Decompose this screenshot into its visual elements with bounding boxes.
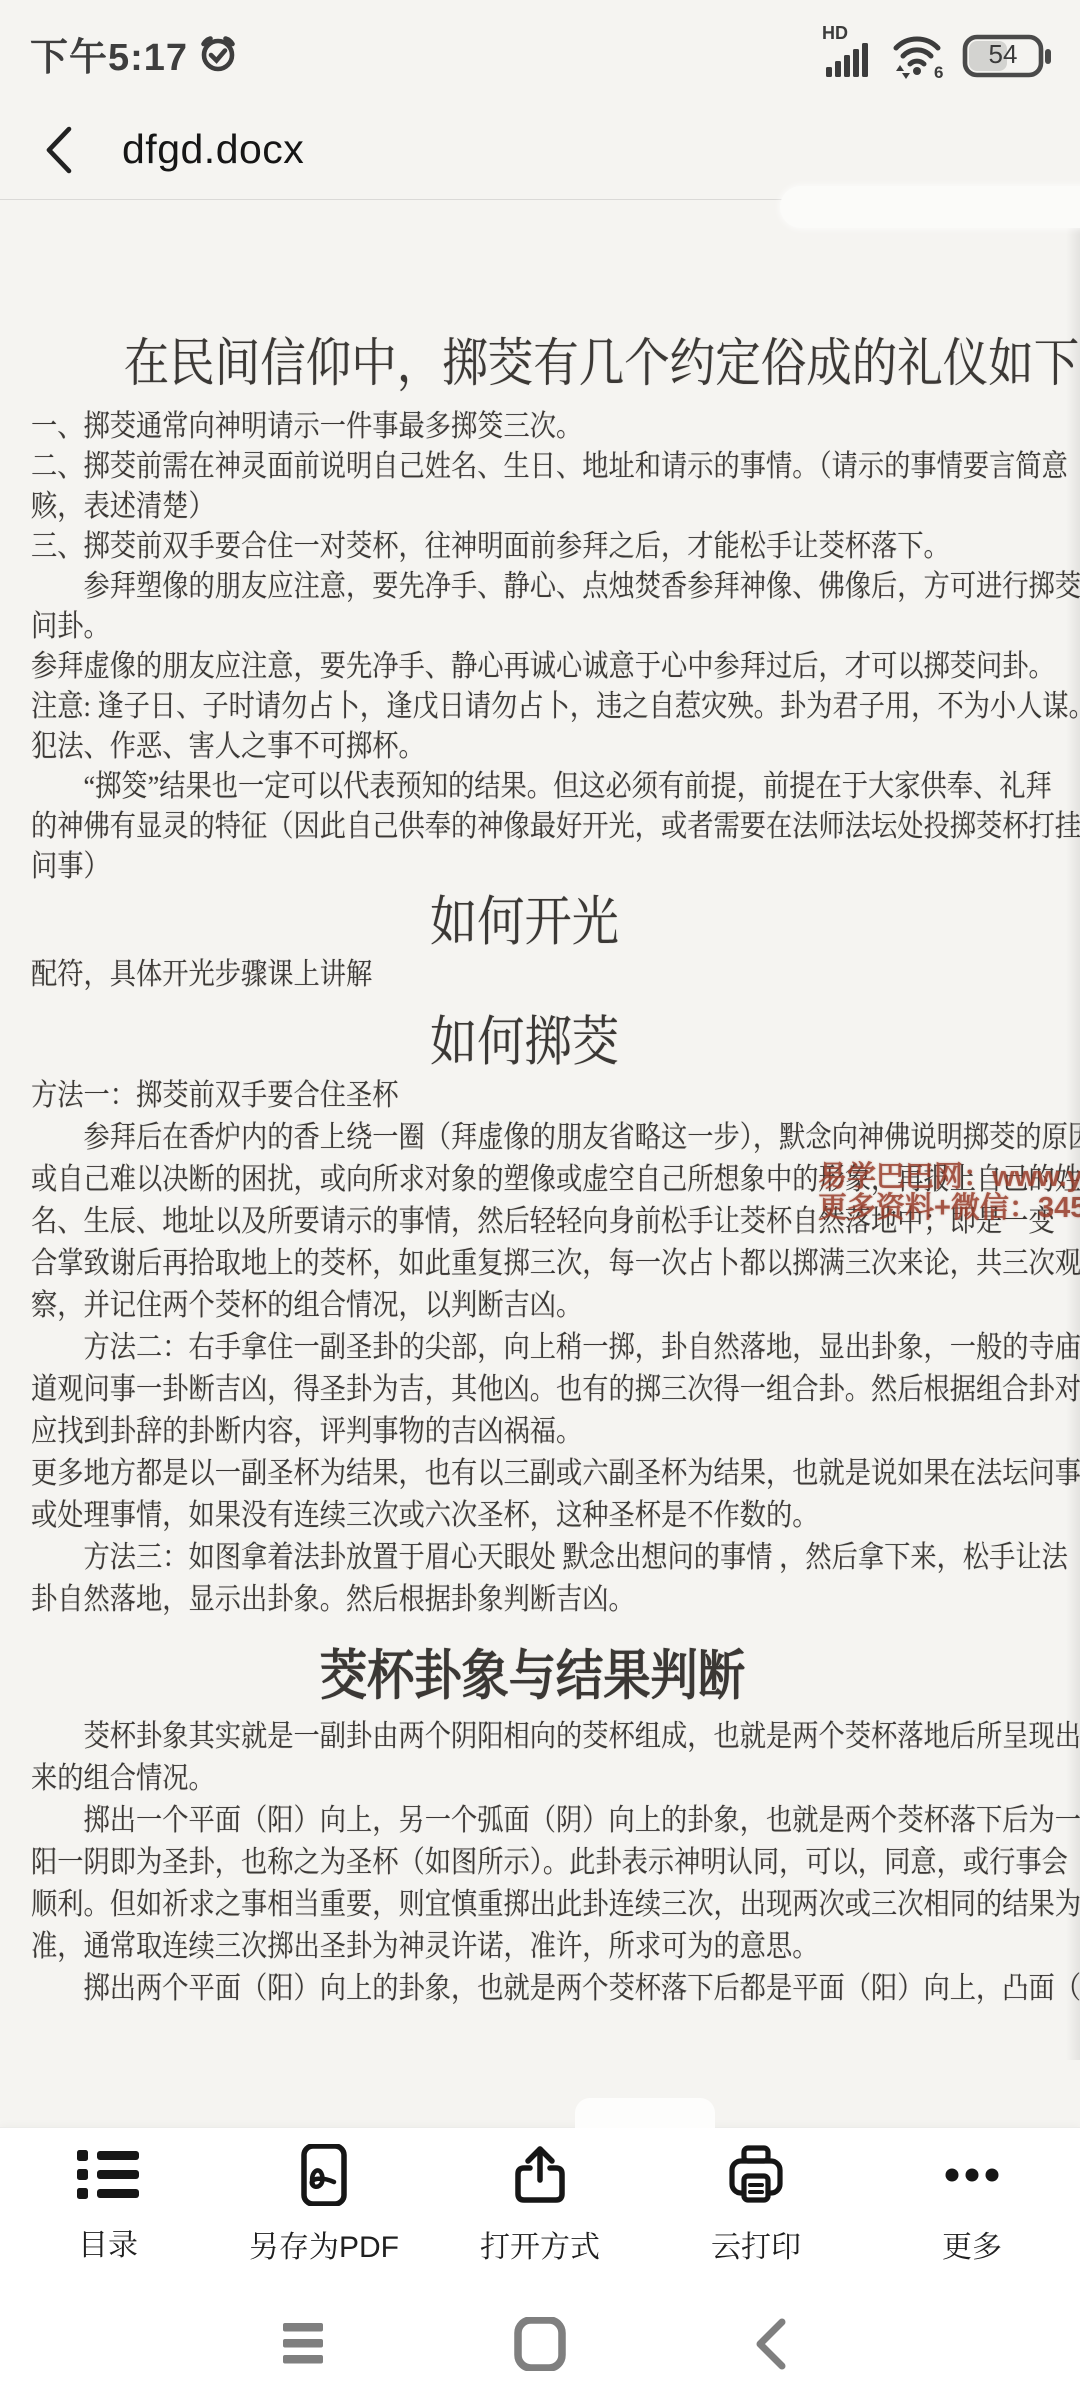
doc-line: 参拜塑像的朋友应注意，要先净手、静心、点烛焚香参拜神像、佛像后，方可进行掷茭 (31, 567, 1080, 607)
doc-line: “掷筊”结果也一定可以代表预知的结果。但这必须有前提，前提在于大家供奉、礼拜 (31, 767, 1080, 807)
doc-line: 准，通常取连续三次掷出圣卦为神灵许诺，准许，所求可为的意思。 (31, 1926, 1080, 1968)
wifi-icon: 6 (890, 27, 948, 79)
battery-percent-label: 54 (962, 39, 1044, 70)
doc-line: 合掌致谢后再拾取地上的茭杯，如此重复掷三次，每一次占卜都以掷满三次来论，共三次观 (31, 1243, 1080, 1285)
watermark-line: 更多资料+微信：3458344044 (818, 1193, 1080, 1224)
back-icon[interactable] (40, 123, 76, 177)
toolbar-label: 更多 (942, 2222, 1002, 2266)
back-chevron-icon[interactable] (748, 2317, 792, 2371)
open-with-button[interactable]: 打开方式 (432, 2144, 648, 2266)
doc-line: 或处理事情，如果没有连续三次或六次圣杯，这种圣杯是不作数的。 (31, 1495, 1080, 1537)
list-icon (75, 2144, 141, 2204)
clock-time: 下午5:17 (30, 26, 188, 81)
doc-line: 的神佛有显灵的特征（因此自己供奉的神像最好开光，或者需要在法师法坛处投掷茭杯打挂 (31, 807, 1080, 847)
signal-bars-icon: HD (824, 27, 876, 79)
doc-line: 赅，表述清楚） (31, 487, 1080, 527)
doc-line: 问卦。 (31, 607, 1080, 647)
document-page[interactable]: 在民间信仰中，掷茭有几个约定俗成的礼仪如下一、掷茭通常向神明请示一件事最多掷筊三… (0, 200, 1080, 2127)
doc-line: 参拜虚像的朋友应注意，要先净手、静心再诚心诚意于心中参拜过后，才可以掷茭问卦。 (31, 647, 1080, 687)
toolbar-label: 另存为PDF (249, 2222, 399, 2266)
doc-line: 方法二：右手拿住一副圣卦的尖部，向上稍一掷，卦自然落地，显出卦象，一般的寺庙 (31, 1327, 1080, 1369)
doc-line: 茭杯卦象其实就是一副卦由两个阴阳相向的茭杯组成，也就是两个茭杯落地后所呈现出 (31, 1716, 1080, 1758)
doc-line: 应找到卦辞的卦断内容，评判事物的吉凶祸福。 (31, 1411, 1080, 1453)
toolbar: 目录 另存为PDF 打开方式 (0, 2128, 1080, 2266)
doc-line: 掷出一个平面（阳）向上，另一个弧面（阴）向上的卦象，也就是两个茭杯落下后为一 (31, 1800, 1080, 1842)
home-square-icon[interactable] (513, 2317, 567, 2371)
app-header: dfgd.docx (0, 100, 1080, 200)
doc-line: 卦自然落地，显示出卦象。然后根据卦象判断吉凶。 (31, 1579, 1080, 1621)
toolbar-label: 目录 (78, 2220, 138, 2264)
doc-line: 如何掷茭 (31, 1009, 1080, 1075)
page-edge-shadow (1066, 200, 1080, 2060)
bottom-panel: 目录 另存为PDF 打开方式 (0, 2127, 1080, 2400)
hd-label: HD (822, 23, 848, 44)
document-content: 在民间信仰中，掷茭有几个约定俗成的礼仪如下一、掷茭通常向神明请示一件事最多掷筊三… (31, 200, 1080, 2010)
doc-line: 方法三：如图拿着法卦放置于眉心天眼处 默念出想问的事情 ，然后拿下来，松手让法 (31, 1537, 1080, 1579)
watermark-line: 易学巴巴网：www.yixue88.cn (818, 1162, 1080, 1193)
doc-line: 道观问事一卦断吉凶，得圣卦为吉，其他凶。也有的掷三次得一组合卦。然后根据组合卦对 (31, 1369, 1080, 1411)
doc-line: 察，并记住两个茭杯的组合情况，以判断吉凶。 (31, 1285, 1080, 1327)
doc-line: 三、掷茭前双手要合住一对茭杯，往神明面前参拜之后，才能松手让茭杯落下。 (31, 527, 1080, 567)
doc-line: 阳一阴即为圣卦，也称之为圣杯（如图所示）。此卦表示神明认同，可以，同意，或行事会 (31, 1842, 1080, 1884)
screen: { "status_bar": { "time": "下午5:17", "net… (0, 0, 1080, 2400)
save-as-pdf-button[interactable]: 另存为PDF (216, 2144, 432, 2266)
watermark: 易学巴巴网：www.yixue88.cn 更多资料+微信：3458344044 (818, 1162, 1080, 1224)
share-icon (507, 2144, 573, 2206)
doc-line: 来的组合情况。 (31, 1758, 1080, 1800)
doc-line: 在民间信仰中，掷茭有几个约定俗成的礼仪如下 (31, 334, 1080, 396)
doc-line: 顺利。但如祈求之事相当重要，则宜慎重掷出此卦连续三次，出现两次或三次相同的结果为 (31, 1884, 1080, 1926)
alarm-clock-icon (196, 31, 240, 75)
toc-button[interactable]: 目录 (0, 2144, 216, 2266)
cloud-print-button[interactable]: 云打印 (648, 2144, 864, 2266)
menu-icon[interactable] (281, 2317, 329, 2369)
toolbar-label: 云打印 (711, 2222, 801, 2266)
doc-line: 茭杯卦象与结果判断 (31, 1636, 1080, 1716)
printer-icon (723, 2144, 789, 2206)
document-title: dfgd.docx (122, 126, 304, 173)
doc-line: 方法一：掷茭前双手要合住圣杯 (31, 1075, 1080, 1117)
doc-line: 问事） (31, 847, 1080, 887)
wifi-standard-label: 6 (934, 63, 943, 79)
doc-line: 犯法、作恶、害人之事不可掷杯。 (31, 727, 1080, 767)
faded-overlay-pill (780, 186, 1080, 228)
doc-line: 二、掷茭前需在神灵面前说明自己姓名、生日、地址和请示的事情。（请示的事情要言简意 (31, 447, 1080, 487)
more-dots-icon (939, 2144, 1005, 2206)
doc-line: 掷出两个平面（阳）向上的卦象，也就是两个茭杯落下后都是平面（阳）向上，凸面（阴） (31, 1968, 1080, 2010)
toolbar-top-pill (575, 2098, 715, 2128)
doc-line: 如何开光 (31, 889, 1080, 955)
doc-line: 注意: 逢子日、子时请勿占卜，逢戊日请勿占卜，违之自惹灾殃。卦为君子用，不为小人… (31, 687, 1080, 727)
toolbar-label: 打开方式 (480, 2222, 600, 2266)
doc-line: 参拜后在香炉内的香上绕一圈（拜虚像的朋友省略这一步），默念向神佛说明掷茭的原因 (31, 1117, 1080, 1159)
battery-icon: 54 (962, 33, 1054, 79)
more-button[interactable]: 更多 (864, 2144, 1080, 2266)
doc-line: 一、掷茭通常向神明请示一件事最多掷筊三次。 (31, 407, 1080, 447)
pdf-icon (291, 2144, 357, 2206)
doc-line: 更多地方都是以一副圣杯为结果，也有以三副或六副圣杯为结果，也就是说如果在法坛问事 (31, 1453, 1080, 1495)
status-bar: 下午5:17 HD (0, 0, 1080, 100)
system-nav-bar (0, 2301, 1080, 2400)
doc-line: 配符，具体开光步骤课上讲解 (31, 955, 1080, 995)
